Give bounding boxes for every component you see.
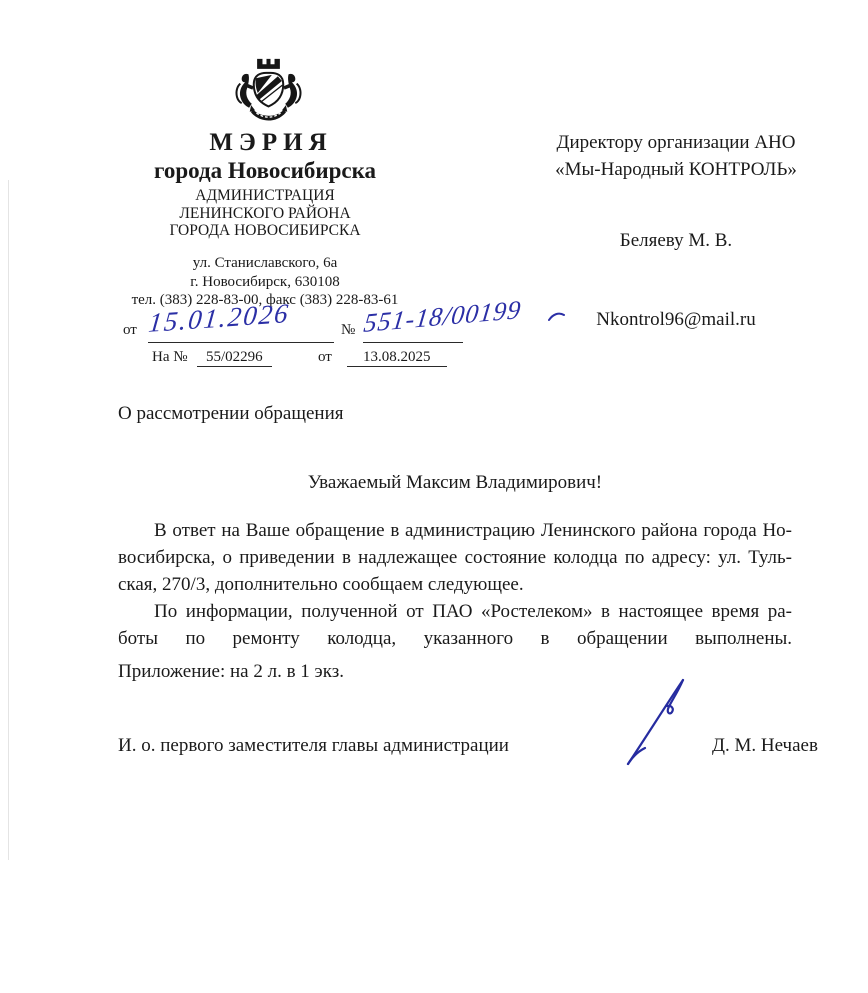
signoff-title: И. о. первого заместителя главы админист…	[118, 735, 509, 757]
outgoing-from-label: от	[123, 322, 137, 339]
outgoing-number-label: №	[341, 322, 355, 339]
signature-stroke	[610, 672, 690, 772]
body-line: боты по ремонту колодца, указанного в об…	[118, 625, 792, 652]
body-line: ская, 270/3, дополнительно сообщаем след…	[118, 571, 792, 598]
incoming-ref-number: 55/02296	[197, 349, 272, 367]
address-line: ул. Станиславского, 6а	[98, 254, 432, 273]
subject-line: О рассмотрении обращения	[118, 403, 344, 425]
body-line: В ответ на Ваше обращение в администраци…	[118, 517, 792, 544]
body-line: По информации, полученной от ПАО «Ростел…	[118, 598, 792, 625]
body-line: восибирска, о приведении в надлежащее со…	[118, 544, 792, 571]
incoming-ref-date: 13.08.2025	[347, 349, 447, 367]
body-text: В ответ на Ваше обращение в администраци…	[118, 517, 792, 652]
attachment-note: Приложение: на 2 л. в 1 экз.	[118, 661, 344, 683]
scanned-letter-page: МЭРИЯ города Новосибирска АДМИНИСТРАЦИЯ …	[0, 0, 868, 993]
addressee-email: Nkontrol96@mail.ru	[542, 306, 810, 333]
department-line: АДМИНИСТРАЦИЯ	[98, 187, 432, 205]
signoff-name: Д. М. Нечаев	[712, 735, 818, 757]
novosibirsk-coat-of-arms-icon	[235, 58, 302, 122]
salutation: Уважаемый Максим Владимирович!	[118, 472, 792, 494]
addressee-block: Директору организации АНО «Мы-Народный К…	[542, 129, 810, 183]
addressee-line: Директору организации АНО	[542, 129, 810, 156]
org-title: МЭРИЯ	[98, 129, 438, 157]
address-line: г. Новосибирск, 630108	[98, 273, 432, 292]
incoming-from-label: от	[318, 349, 332, 366]
addressee-line: «Мы-Народный КОНТРОЛЬ»	[542, 156, 810, 183]
department-line: ГОРОДА НОВОСИБИРСКА	[98, 222, 432, 240]
addressee-name: Беляеву М. В.	[542, 227, 810, 254]
department-block: АДМИНИСТРАЦИЯ ЛЕНИНСКОГО РАЙОНА ГОРОДА Н…	[98, 187, 432, 240]
department-line: ЛЕНИНСКОГО РАЙОНА	[98, 205, 432, 223]
incoming-ref-label: На №	[152, 349, 188, 366]
scan-edge-artifact	[8, 180, 9, 860]
org-subtitle: города Новосибирска	[98, 158, 432, 184]
